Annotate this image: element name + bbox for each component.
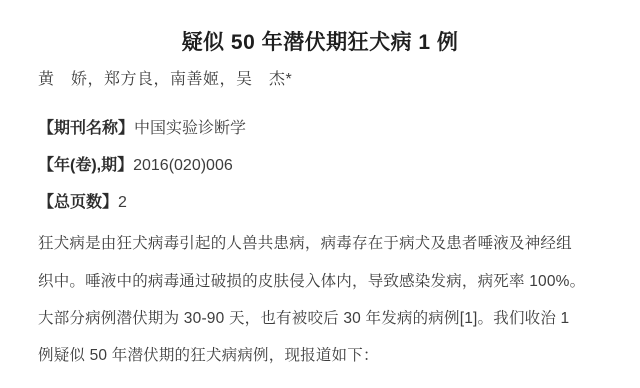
year-volume-issue-value: 2016(020)006 <box>133 157 233 174</box>
journal-name-value: 中国实验诊断学 <box>134 120 246 137</box>
authors-line: 黄 娇，郑方良，南善姬，吴 杰* <box>38 66 292 89</box>
total-pages-value: 2 <box>118 194 127 211</box>
abstract-line: 狂犬病是由狂犬病毒引起的人兽共患病，病毒存在于病犬及患者唾液及神经组 <box>38 231 572 253</box>
article-title: 疑似 50 年潜伏期狂犬病 1 例 <box>0 26 640 56</box>
paper-abstract-page: 疑似 50 年潜伏期狂犬病 1 例 黄 娇，郑方良，南善姬，吴 杰* 【期刊名称… <box>0 0 640 388</box>
meta-row-year-volume-issue: 【年(卷),期】2016(020)006 <box>38 152 233 175</box>
abstract-line: 大部分病例潜伏期为 30-90 天，也有被咬后 30 年发病的病例[1]。我们收… <box>38 306 569 328</box>
abstract-line: 织中。唾液中的病毒通过破损的皮肤侵入体内，导致感染发病，病死率 100%。 <box>38 269 585 291</box>
meta-row-journal: 【期刊名称】中国实验诊断学 <box>38 115 246 138</box>
abstract-line: 例疑似 50 年潜伏期的狂犬病病例，现报道如下： <box>38 343 379 365</box>
year-volume-issue-label: 【年(卷),期】 <box>38 157 133 174</box>
meta-row-total-pages: 【总页数】2 <box>38 189 127 212</box>
total-pages-label: 【总页数】 <box>38 194 118 211</box>
journal-name-label: 【期刊名称】 <box>38 120 134 137</box>
